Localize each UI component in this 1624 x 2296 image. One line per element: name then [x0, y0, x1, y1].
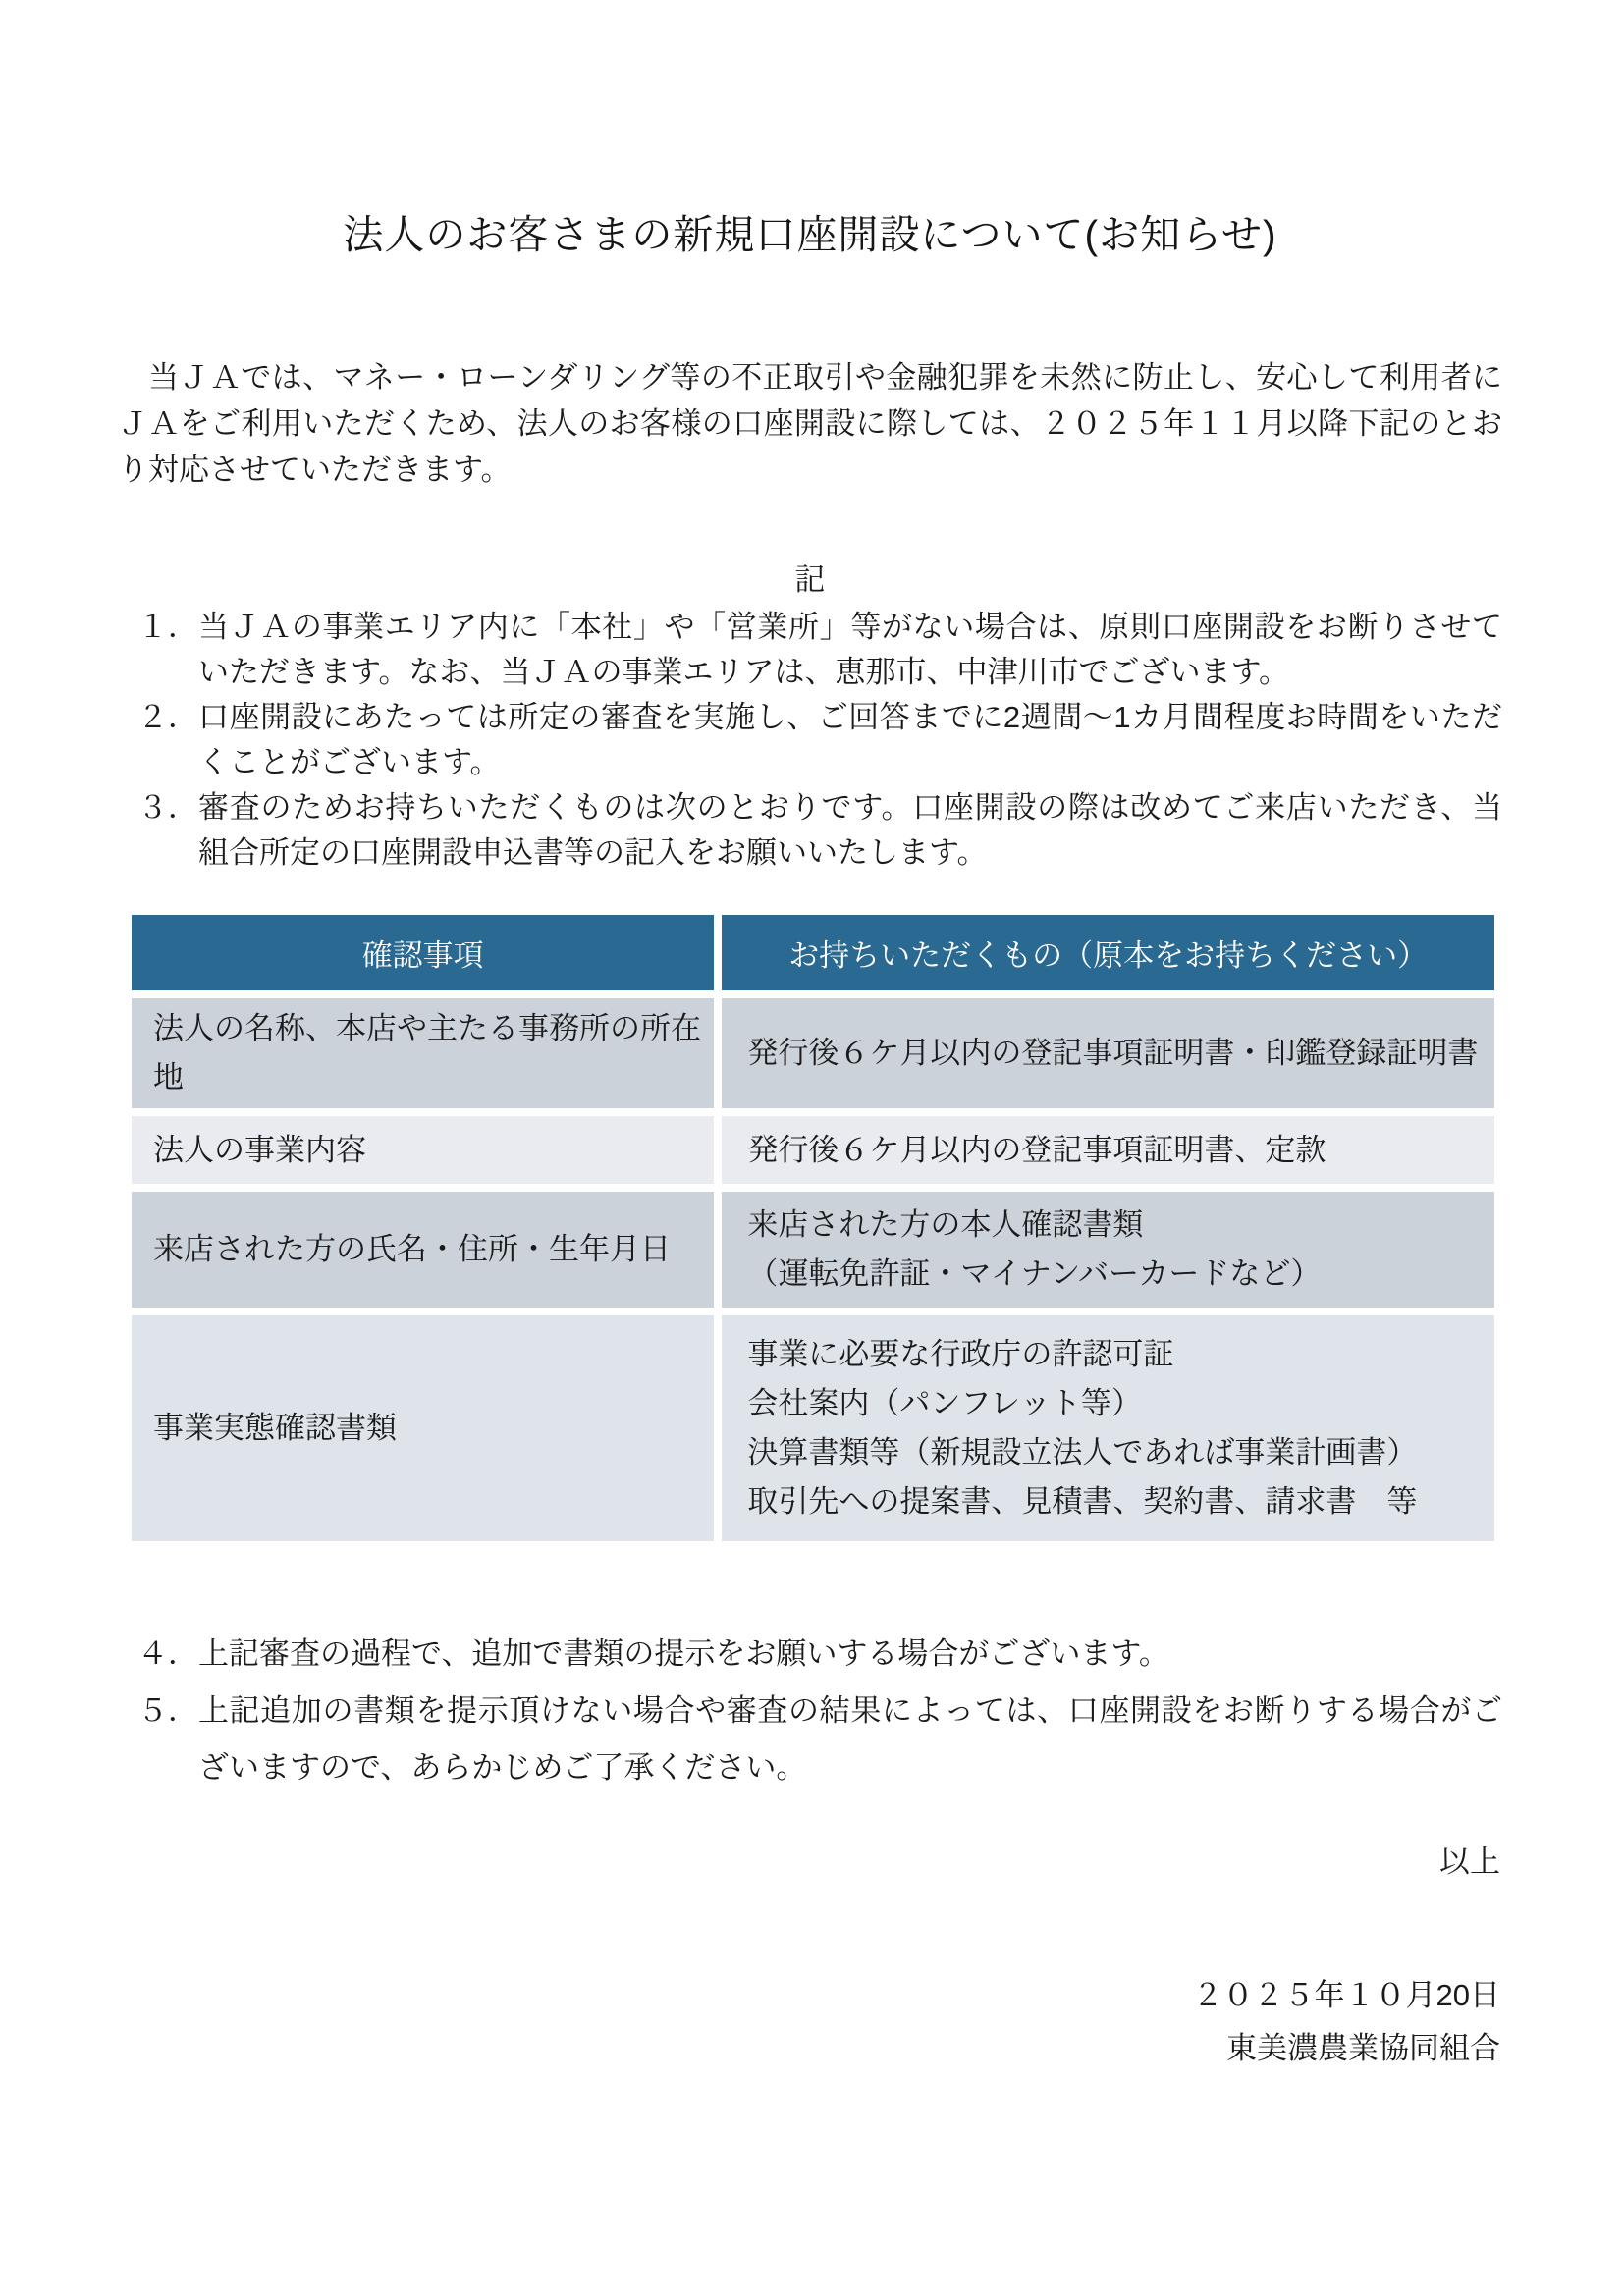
- requirements-table: 確認事項 お持ちいただくもの（原本をお持ちください） 法人の名称、本店や主たる事…: [124, 907, 1502, 1549]
- list-item-1-number: １．: [137, 605, 198, 695]
- list-item-4-text: 上記審査の過程で、追加で書類の提示をお願いする場合がございます。: [198, 1626, 1502, 1682]
- intro-paragraph: 当ＪＡでは、マネー・ローンダリング等の不正取引や金融犯罪を未然に防止し、安心して…: [118, 354, 1502, 493]
- table-cell-documents: 発行後６ケ月以内の登記事項証明書、定款: [722, 1116, 1494, 1184]
- table-header-documents-to-bring: お持ちいただくもの（原本をお持ちください）: [722, 915, 1494, 990]
- table-cell-text: （運転免許証・マイナンバーカードなど）: [747, 1250, 1485, 1299]
- table-header-row: 確認事項 お持ちいただくもの（原本をお持ちください）: [132, 915, 1494, 990]
- list-item-5-text: 上記追加の書類を提示頂けない場合や審査の結果によっては、口座開設をお断りする場合…: [198, 1682, 1502, 1796]
- organization-name: 東美濃農業協同組合: [118, 2026, 1502, 2071]
- document-page: 法人のお客さまの新規口座開設について(お知らせ) 当ＪＡでは、マネー・ローンダリ…: [0, 0, 1624, 2296]
- document-content: 法人のお客さまの新規口座開設について(お知らせ) 当ＪＡでは、マネー・ローンダリ…: [0, 209, 1624, 2071]
- list-item-5: ５． 上記追加の書類を提示頂けない場合や審査の結果によっては、口座開設をお断りす…: [118, 1682, 1502, 1796]
- list-item-2-text: 口座開設にあたっては所定の審査を実施し、ご回答までに2週間～1カ月間程度お時間を…: [198, 695, 1502, 785]
- list-item-1-text: 当ＪＡの事業エリア内に「本社」や「営業所」等がない場合は、原則口座開設をお断りさ…: [198, 605, 1502, 695]
- document-title: 法人のお客さまの新規口座開設について(お知らせ): [118, 209, 1502, 260]
- table-cell-text: 事業実態確認書類: [153, 1404, 704, 1453]
- list-item-1: １． 当ＪＡの事業エリア内に「本社」や「営業所」等がない場合は、原則口座開設をお…: [118, 605, 1502, 695]
- table-cell-text: 発行後６ケ月以内の登記事項証明書・印鑑登録証明書: [747, 1029, 1485, 1078]
- table-cell-text: 来店された方の本人確認書類: [747, 1201, 1485, 1250]
- table-header-confirmation-items: 確認事項: [132, 915, 714, 990]
- table-cell-text: 発行後６ケ月以内の登記事項証明書、定款: [747, 1126, 1485, 1175]
- table-cell-item: 法人の名称、本店や主たる事務所の所在地: [132, 998, 714, 1108]
- table-row: 来店された方の氏名・住所・生年月日 来店された方の本人確認書類 （運転免許証・マ…: [132, 1192, 1494, 1308]
- closing-marker: 以上: [118, 1840, 1502, 1885]
- table-cell-text: 来店された方の氏名・住所・生年月日: [153, 1225, 704, 1274]
- list-item-5-number: ５．: [137, 1682, 198, 1796]
- table-cell-text: 事業に必要な行政庁の許認可証: [747, 1330, 1485, 1379]
- table-cell-text: 会社案内（パンフレット等）: [747, 1379, 1485, 1428]
- list-item-3-text: 審査のためお持ちいただくものは次のとおりです。口座開設の際は改めてご来店いただき…: [198, 785, 1502, 876]
- table-cell-documents: 来店された方の本人確認書類 （運転免許証・マイナンバーカードなど）: [722, 1192, 1494, 1308]
- table-cell-text: 法人の事業内容: [153, 1126, 704, 1175]
- list-item-4: ４． 上記審査の過程で、追加で書類の提示をお願いする場合がございます。: [118, 1626, 1502, 1682]
- list-item-2-number: ２．: [137, 695, 198, 785]
- table-cell-item: 事業実態確認書類: [132, 1315, 714, 1541]
- list-item-3-number: ３．: [137, 785, 198, 876]
- table-cell-text: 取引先への提案書、見積書、契約書、請求書 等: [747, 1477, 1485, 1526]
- list-item-3: ３． 審査のためお持ちいただくものは次のとおりです。口座開設の際は改めてご来店い…: [118, 785, 1502, 876]
- table-row: 法人の事業内容 発行後６ケ月以内の登記事項証明書、定款: [132, 1116, 1494, 1184]
- numbered-list-top: １． 当ＪＡの事業エリア内に「本社」や「営業所」等がない場合は、原則口座開設をお…: [118, 605, 1502, 876]
- table-cell-documents: 事業に必要な行政庁の許認可証 会社案内（パンフレット等） 決算書類等（新規設立法…: [722, 1315, 1494, 1541]
- table-row: 事業実態確認書類 事業に必要な行政庁の許認可証 会社案内（パンフレット等） 決算…: [132, 1315, 1494, 1541]
- table-cell-item: 法人の事業内容: [132, 1116, 714, 1184]
- table-cell-text: 決算書類等（新規設立法人であれば事業計画書）: [747, 1428, 1485, 1477]
- table-row: 法人の名称、本店や主たる事務所の所在地 発行後６ケ月以内の登記事項証明書・印鑑登…: [132, 998, 1494, 1108]
- table-cell-documents: 発行後６ケ月以内の登記事項証明書・印鑑登録証明書: [722, 998, 1494, 1108]
- document-date: ２０２５年１０月20日: [118, 1973, 1502, 2018]
- list-item-4-number: ４．: [137, 1626, 198, 1682]
- list-item-2: ２． 口座開設にあたっては所定の審査を実施し、ご回答までに2週間～1カ月間程度お…: [118, 695, 1502, 785]
- numbered-list-bottom: ４． 上記審査の過程で、追加で書類の提示をお願いする場合がございます。 ５． 上…: [118, 1626, 1502, 1796]
- table-cell-text: 法人の名称、本店や主たる事務所の所在地: [153, 1004, 704, 1102]
- record-marker: 記: [118, 558, 1502, 603]
- table-cell-item: 来店された方の氏名・住所・生年月日: [132, 1192, 714, 1308]
